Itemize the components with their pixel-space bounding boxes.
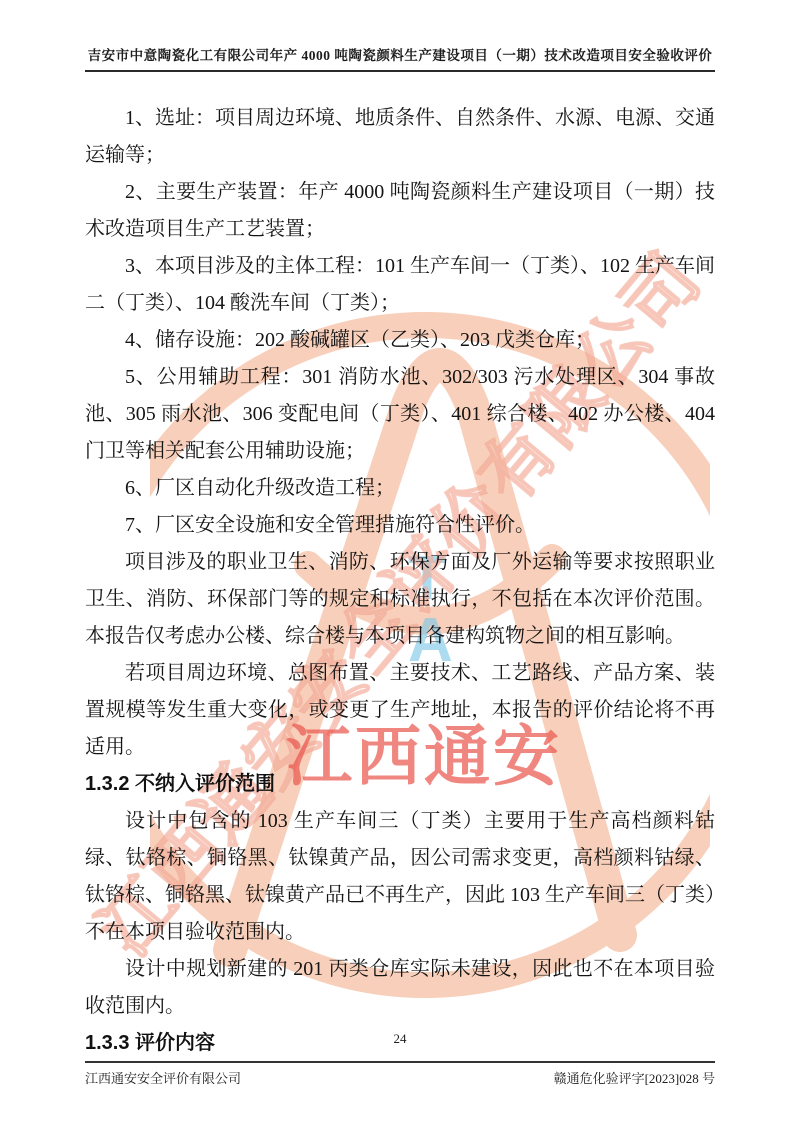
paragraph-3: 3、本项目涉及的主体工程：101 生产车间一（丁类）、102 生产车间二（丁类）…	[85, 248, 715, 322]
paragraph-validity-note: 若项目周边环境、总图布置、主要技术、工艺路线、产品方案、装置规模等发生重大变化，…	[85, 655, 715, 766]
paragraph-6: 6、厂区自动化升级改造工程；	[85, 470, 715, 507]
page-header-title: 吉安市中意陶瓷化工有限公司年产 4000 吨陶瓷颜料生产建设项目（一期）技术改造…	[0, 44, 800, 64]
document-page: T A 江西通安安全评价有限公司 江西通安 吉安市中意陶瓷化工有限公司年产 40…	[0, 0, 800, 1132]
paragraph-excluded-workshop: 设计中包含的 103 生产车间三（丁类）主要用于生产高档颜料钴绿、钛铬棕、铜铬黑…	[85, 803, 715, 951]
document-body: 1、选址：项目周边环境、地质条件、自然条件、水源、电源、交通运输等； 2、主要生…	[85, 100, 715, 1062]
paragraph-2: 2、主要生产装置：年产 4000 吨陶瓷颜料生产建设项目（一期）技术改造项目生产…	[85, 174, 715, 248]
section-heading-1-3-2: 1.3.2 不纳入评价范围	[85, 766, 715, 803]
footer-rule	[85, 1061, 715, 1063]
paragraph-scope-note: 项目涉及的职业卫生、消防、环保方面及厂外运输等要求按照职业卫生、消防、环保部门等…	[85, 544, 715, 655]
paragraph-4: 4、储存设施：202 酸碱罐区（乙类）、203 戊类仓库；	[85, 322, 715, 359]
paragraph-5: 5、公用辅助工程：301 消防水池、302/303 污水处理区、304 事故池、…	[85, 359, 715, 470]
paragraph-1: 1、选址：项目周边环境、地质条件、自然条件、水源、电源、交通运输等；	[85, 100, 715, 174]
footer: 江西通安安全评价有限公司 赣通危化验评字[2023]028 号	[85, 1068, 715, 1087]
page-number: 24	[0, 1031, 800, 1047]
footer-company-name: 江西通安安全评价有限公司	[85, 1068, 241, 1087]
paragraph-7: 7、厂区安全设施和安全管理措施符合性评价。	[85, 507, 715, 544]
header-rule	[85, 70, 715, 72]
footer-document-number: 赣通危化验评字[2023]028 号	[554, 1068, 715, 1087]
paragraph-excluded-warehouse: 设计中规划新建的 201 丙类仓库实际未建设，因此也不在本项目验收范围内。	[85, 951, 715, 1025]
